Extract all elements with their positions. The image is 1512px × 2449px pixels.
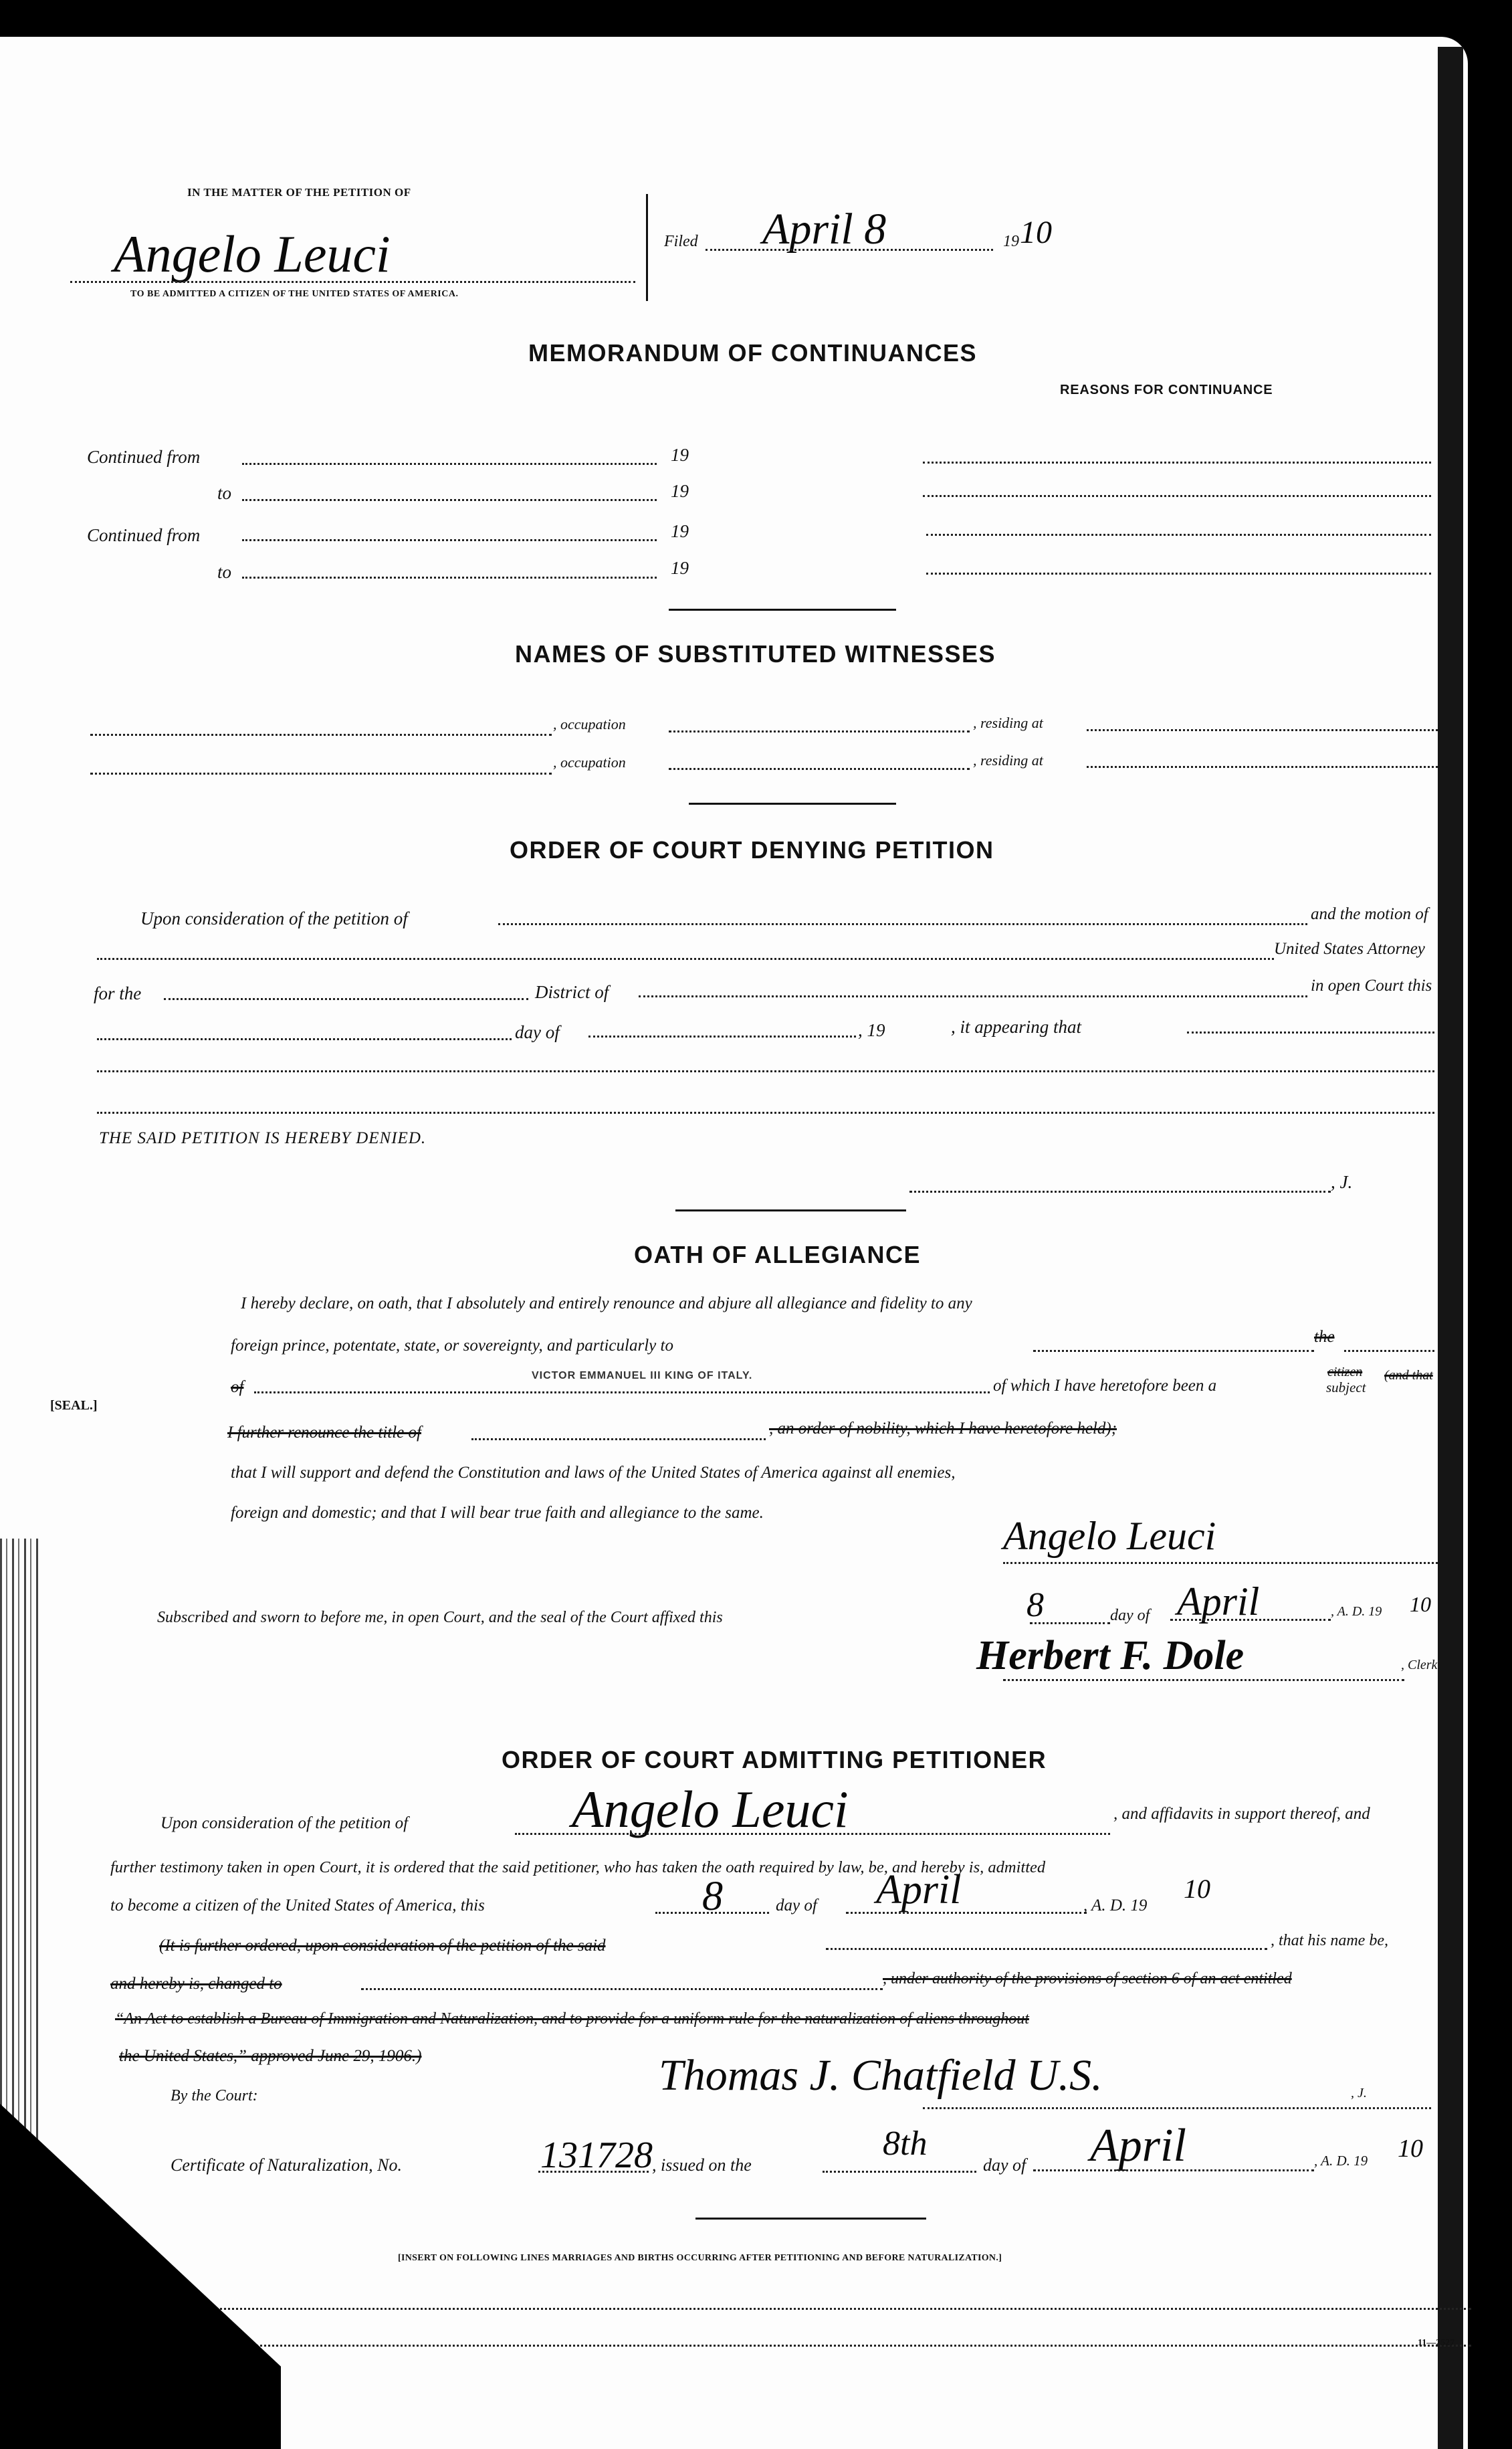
admission-day-line [655, 1912, 769, 1914]
sworn-text: Subscribed and sworn to before me, in op… [157, 1609, 723, 1627]
section-divider [695, 2218, 926, 2220]
seal-label: [SEAL.] [50, 1398, 98, 1413]
residing-line [1087, 766, 1438, 768]
reasons-title: REASONS FOR CONTINUANCE [1060, 383, 1273, 398]
sworn-day-line [1030, 1622, 1110, 1624]
admitted-petitioner-name: Angelo Leuci [572, 1779, 849, 1840]
judge-suffix: , J. [1351, 2086, 1367, 2101]
continuances-title: MEMORANDUM OF CONTINUANCES [528, 339, 977, 367]
continuance-year: 19 [671, 445, 689, 466]
reason-line [97, 1112, 1434, 1114]
insert-note: [INSERT ON FOLLOWING LINES MARRIAGES AND… [398, 2253, 1002, 2264]
continuance-year: 19 [671, 558, 689, 579]
denial-title: ORDER OF COURT DENYING PETITION [510, 836, 994, 864]
witnesses-title: NAMES OF SUBSTITUTED WITNESSES [515, 640, 996, 668]
filed-year-prefix: 19 [1003, 233, 1019, 251]
day-of-label: day of [983, 2155, 1026, 2175]
reason-line [923, 462, 1431, 464]
marriage-birth-line [187, 2308, 1471, 2310]
ad-label: , A. D. 19 [1083, 1896, 1147, 1915]
denial-petitioner-line [498, 923, 1307, 925]
denial-text: and the motion of [1311, 905, 1428, 924]
day-of-label: day of [1110, 1607, 1150, 1625]
day-of-label: day of [776, 1896, 817, 1915]
struck-title-text: I further renounce the title of [227, 1424, 421, 1442]
petitioner-name-line [515, 1833, 1110, 1835]
filed-label: Filed [664, 233, 698, 251]
denial-text: day of [515, 1022, 560, 1043]
oath-text: of which I have heretofore been a [993, 1377, 1216, 1395]
denial-text: District of [535, 982, 609, 1003]
sovereign-line [1344, 1350, 1434, 1352]
petitioner-signature-line [1003, 1562, 1438, 1564]
clerk-label: , Clerk. [1401, 1658, 1440, 1673]
oath-text: foreign prince, potentate, state, or sov… [231, 1337, 673, 1355]
witness-name-line [90, 773, 552, 775]
oath-text: I hereby declare, on oath, that I absolu… [241, 1294, 972, 1313]
occupation-label: , occupation [553, 754, 626, 771]
new-name-line [361, 1988, 883, 1990]
continuance-year: 19 [671, 521, 689, 542]
continuance-label: Continued from [87, 447, 200, 468]
denial-text: , it appearing that [951, 1017, 1081, 1038]
sworn-month-line [1170, 1619, 1331, 1621]
struck-the: the [1314, 1328, 1335, 1347]
struck-citizen: citizen [1327, 1365, 1362, 1380]
country-line [254, 1391, 990, 1393]
issued-label: , issued on the [652, 2155, 752, 2175]
struck-changed-to: and hereby is, changed to [110, 1975, 282, 1993]
denied-statement: THE SAID PETITION IS HEREBY DENIED. [99, 1129, 426, 1148]
appearing-line [1187, 1032, 1434, 1034]
district-line [164, 998, 528, 1000]
struck-nobility-text: , an order of nobility, which I have her… [769, 1419, 1117, 1438]
judge-signature: Thomas J. Chatfield U.S. [659, 2050, 1103, 2101]
judge-signature-line [909, 1191, 1331, 1193]
struck-act-title: “An Act to establish a Bureau of Immigra… [115, 2010, 1029, 2028]
denial-text: in open Court this [1311, 977, 1432, 995]
reason-line [923, 495, 1431, 497]
continuance-date-line [242, 499, 657, 501]
struck-further-ordered: (It is further ordered, upon considerati… [159, 1937, 606, 1955]
reason-line [926, 534, 1431, 536]
judge-signature-line [923, 2107, 1431, 2109]
admission-year: 10 [1184, 1873, 1210, 1904]
occupation-label: , occupation [553, 716, 626, 733]
sworn-month: April [1177, 1579, 1259, 1625]
marriage-birth-line [227, 2345, 1471, 2347]
denial-text: for the [94, 983, 141, 1004]
clerk-signature-line [1003, 1679, 1404, 1681]
admission-title: ORDER OF COURT ADMITTING PETITIONER [502, 1746, 1047, 1774]
witness-name-line [90, 734, 552, 736]
sovereign-line [1033, 1350, 1314, 1352]
admission-text: , that his name be, [1271, 1932, 1388, 1950]
residing-label: , residing at [973, 714, 1043, 732]
subject-text: subject [1326, 1379, 1366, 1396]
occupation-line [669, 730, 970, 732]
sworn-day: 8 [1027, 1585, 1044, 1625]
sovereign-stamp: VICTOR EMMANUEL III KING OF ITALY. [532, 1370, 752, 1382]
matter-label: IN THE MATTER OF THE PETITION OF [187, 186, 411, 199]
certificate-number-line [538, 2171, 649, 2173]
form-number: 11—2527 [1418, 2338, 1454, 2349]
sworn-year: 10 [1410, 1592, 1431, 1617]
reason-line [97, 1070, 1434, 1072]
denial-text: Upon consideration of the petition of [140, 908, 408, 929]
continuance-year: 19 [671, 481, 689, 502]
ad-label: , A. D. 19 [1314, 2153, 1368, 2169]
struck-act-date: the United States,” approved June 29, 19… [119, 2047, 421, 2066]
section-divider [689, 803, 896, 805]
residing-label: , residing at [973, 752, 1043, 769]
continuance-date-line [242, 577, 657, 579]
continuance-date-line [242, 539, 657, 541]
admission-month: April [876, 1866, 961, 1914]
admission-text: to become a citizen of the United States… [110, 1896, 485, 1915]
certificate-day: 8th [883, 2124, 927, 2163]
continuance-date-line [242, 463, 657, 465]
oath-title: OATH OF ALLEGIANCE [634, 1241, 921, 1269]
clerk-signature: Herbert F. Dole [976, 1632, 1244, 1680]
certificate-day-line [823, 2171, 976, 2173]
reason-line [926, 573, 1431, 575]
title-line [471, 1438, 766, 1440]
month-line [588, 1036, 856, 1038]
certificate-year: 10 [1398, 2134, 1423, 2163]
certificate-label: Certificate of Naturalization, No. [171, 2155, 402, 2175]
left-binding-stripes [0, 1539, 40, 2141]
bracket [642, 194, 648, 301]
section-divider [669, 609, 896, 611]
by-the-court-label: By the Court: [171, 2087, 258, 2105]
petitioner-oath-signature: Angelo Leuci [1003, 1513, 1216, 1559]
continuance-label: Continued from [87, 525, 200, 546]
section-divider [675, 1209, 906, 1211]
day-line [97, 1038, 512, 1040]
ad-label: , A. D. 19 [1331, 1604, 1382, 1620]
judge-suffix: , J. [1331, 1172, 1352, 1193]
certificate-month: April [1090, 2119, 1186, 2173]
petitioner-name-handwritten: Angelo Leuci [114, 224, 391, 284]
filed-year-suffix: 10 [1020, 214, 1052, 251]
admission-text: Upon consideration of the petition of [160, 1814, 408, 1833]
certificate-month-line [1033, 2169, 1314, 2171]
filed-date-handwritten: April 8 [762, 204, 886, 255]
continuance-label: to [217, 562, 231, 583]
continuance-label: to [217, 483, 231, 504]
oath-text: that I will support and defend the Const… [231, 1464, 956, 1482]
struck-authority: , under authority of the provisions of s… [883, 1970, 1292, 1988]
binding-edge [1438, 47, 1463, 2449]
occupation-line [669, 768, 970, 770]
filed-date-line [706, 249, 993, 251]
residing-line [1087, 729, 1438, 731]
oath-text: foreign and domestic; and that I will be… [231, 1504, 764, 1523]
attorney-line [97, 958, 1274, 960]
admission-month-line [846, 1912, 1087, 1914]
name-change-line [826, 1948, 1267, 1950]
denial-text: United States Attorney [1274, 940, 1425, 959]
petitioner-name-line [70, 281, 635, 283]
district-name-line [639, 995, 1307, 997]
denial-text: , 19 [858, 1020, 885, 1041]
struck-and-that: (and that [1384, 1368, 1433, 1383]
admission-label: TO BE ADMITTED A CITIZEN OF THE UNITED S… [130, 289, 458, 300]
struck-of: of [231, 1378, 243, 1397]
admission-text: , and affidavits in support thereof, and [1113, 1805, 1370, 1824]
